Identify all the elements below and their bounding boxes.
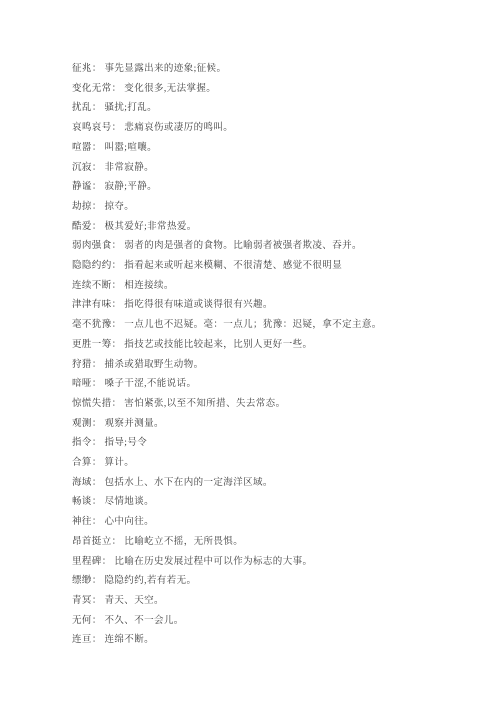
entry-term: 津津有味 [72, 300, 112, 310]
entry-term: 酷爱 [72, 222, 92, 232]
entry-term: 神往 [72, 517, 92, 527]
glossary-entry: 海域： 包括水上、水下在内的一定海洋区域。 [72, 474, 472, 494]
entry-term: 海域 [72, 478, 92, 488]
entry-term: 合算 [72, 458, 92, 468]
glossary-entry: 变化无常： 变化很多,无法掌握。 [72, 80, 472, 100]
entry-term: 征兆 [72, 64, 92, 74]
entry-colon: ： [112, 123, 125, 133]
glossary-entry: 隐隐约约： 指看起来或听起来模糊、不很清楚、感觉不很明显 [72, 257, 472, 277]
entry-colon: ： [112, 537, 125, 547]
entry-colon: ： [92, 202, 105, 212]
glossary-list: 征兆： 事先显露出来的迹象;征候。变化无常： 变化很多,无法掌握。扰乱： 骚扰;… [72, 60, 472, 651]
entry-term: 隐隐约约 [72, 261, 112, 271]
entry-term: 连续不断 [72, 281, 112, 291]
entry-term: 哀鸣哀号 [72, 123, 112, 133]
entry-colon: ： [92, 596, 105, 606]
glossary-entry: 喧嚣： 叫嚣;喧嚷。 [72, 139, 472, 159]
entry-term: 观测 [72, 419, 92, 429]
entry-colon: ： [92, 635, 105, 645]
entry-colon: ： [92, 163, 105, 173]
glossary-entry: 连亘： 连绵不断。 [72, 631, 472, 651]
glossary-entry: 酷爱： 极其爱好;非常热爱。 [72, 218, 472, 238]
entry-colon: ： [92, 438, 105, 448]
entry-term: 畅谈 [72, 497, 92, 507]
entry-definition: 弱者的肉是强者的食物。比喻弱者被强者欺凌、吞并。 [124, 241, 362, 251]
entry-colon: ： [92, 103, 105, 113]
glossary-entry: 狩猎： 捕杀或猎取野生动物。 [72, 356, 472, 376]
glossary-entry: 喑哑： 嗓子干涩,不能说话。 [72, 375, 472, 395]
glossary-entry: 惊慌失措： 害怕紧张,以至不知所措、失去常态。 [72, 395, 472, 415]
entry-definition: 指看起来或听起来模糊、不很清楚、感觉不很明显 [124, 261, 342, 271]
entry-colon: ： [112, 340, 125, 350]
glossary-entry: 哀鸣哀号： 悲痛哀伤或凄厉的鸣叫。 [72, 119, 472, 139]
glossary-entry: 昂首挺立： 比喻屹立不摇，无所畏惧。 [72, 533, 472, 553]
entry-definition: 非常寂静。 [105, 163, 155, 173]
entry-definition: 变化很多,无法掌握。 [124, 84, 216, 94]
entry-term: 狩猎 [72, 360, 92, 370]
glossary-entry: 青冥： 青天、天空。 [72, 592, 472, 612]
entry-definition: 一点儿也不迟疑。毫：一点儿；犹豫：迟疑，拿不定主意。 [124, 320, 381, 330]
glossary-entry: 毫不犹豫： 一点儿也不迟疑。毫：一点儿；犹豫：迟疑，拿不定主意。 [72, 316, 472, 336]
entry-term: 惊慌失措 [72, 399, 112, 409]
entry-definition: 尽情地谈。 [105, 497, 155, 507]
glossary-entry: 沉寂： 非常寂静。 [72, 159, 472, 179]
entry-colon: ： [92, 222, 105, 232]
entry-term: 沉寂 [72, 163, 92, 173]
entry-colon: ： [92, 616, 105, 626]
entry-colon: ： [112, 84, 125, 94]
entry-definition: 比喻屹立不摇，无所畏惧。 [124, 537, 243, 547]
glossary-entry: 静谧： 寂静;平静。 [72, 178, 472, 198]
entry-definition: 极其爱好;非常热爱。 [105, 222, 197, 232]
entry-term: 无何 [72, 616, 92, 626]
glossary-entry: 弱肉强食： 弱者的肉是强者的食物。比喻弱者被强者欺凌、吞并。 [72, 237, 472, 257]
entry-colon: ： [92, 64, 105, 74]
entry-definition: 连绵不断。 [105, 635, 155, 645]
entry-term: 喑哑 [72, 379, 92, 389]
glossary-entry: 合算： 算计。 [72, 454, 472, 474]
entry-term: 劫掠 [72, 202, 92, 212]
entry-definition: 包括水上、水下在内的一定海洋区域。 [105, 478, 273, 488]
entry-term: 里程碑 [72, 557, 102, 567]
entry-colon: ： [92, 419, 105, 429]
entry-colon: ： [92, 360, 105, 370]
entry-definition: 指吃得很有味道或谈得很有兴趣。 [124, 300, 273, 310]
entry-colon: ： [92, 576, 105, 586]
entry-term: 更胜一筹 [72, 340, 112, 350]
entry-colon: ： [112, 241, 125, 251]
entry-definition: 捕杀或猎取野生动物。 [105, 360, 204, 370]
entry-definition: 隐隐约约,若有若无。 [105, 576, 197, 586]
entry-colon: ： [112, 281, 125, 291]
glossary-entry: 神往： 心中向往。 [72, 513, 472, 533]
entry-colon: ： [112, 320, 125, 330]
entry-definition: 叫嚣;喧嚷。 [105, 143, 158, 153]
entry-definition: 算计。 [105, 458, 135, 468]
entry-term: 弱肉强食 [72, 241, 112, 251]
entry-term: 青冥 [72, 596, 92, 606]
glossary-entry: 连续不断： 相连接续。 [72, 277, 472, 297]
entry-definition: 不久、不一会儿。 [105, 616, 184, 626]
entry-term: 指令 [72, 438, 92, 448]
entry-term: 静谧 [72, 182, 92, 192]
entry-definition: 观察并测量。 [105, 419, 164, 429]
entry-colon: ： [92, 182, 105, 192]
document-page: 征兆： 事先显露出来的迹象;征候。变化无常： 变化很多,无法掌握。扰乱： 骚扰;… [0, 0, 500, 707]
entry-definition: 指技艺或技能比较起来，比别人更好一些。 [124, 340, 312, 350]
entry-definition: 比喻在历史发展过程中可以作为标志的大事。 [114, 557, 312, 567]
entry-term: 扰乱 [72, 103, 92, 113]
entry-term: 毫不犹豫 [72, 320, 112, 330]
entry-definition: 心中向往。 [105, 517, 155, 527]
entry-colon: ： [92, 379, 105, 389]
entry-term: 昂首挺立 [72, 537, 112, 547]
entry-definition: 嗓子干涩,不能说话。 [105, 379, 197, 389]
entry-term: 变化无常 [72, 84, 112, 94]
entry-colon: ： [112, 300, 125, 310]
entry-colon: ： [92, 497, 105, 507]
glossary-entry: 缥缈： 隐隐约约,若有若无。 [72, 572, 472, 592]
entry-definition: 寂静;平静。 [105, 182, 158, 192]
glossary-entry: 征兆： 事先显露出来的迹象;征候。 [72, 60, 472, 80]
entry-definition: 骚扰;打乱。 [105, 103, 158, 113]
glossary-entry: 观测： 观察并测量。 [72, 415, 472, 435]
glossary-entry: 畅谈： 尽情地谈。 [72, 493, 472, 513]
glossary-entry: 指令： 指导;号令 [72, 434, 472, 454]
entry-definition: 指导;号令 [105, 438, 148, 448]
entry-term: 连亘 [72, 635, 92, 645]
glossary-entry: 无何： 不久、不一会儿。 [72, 612, 472, 632]
glossary-entry: 里程碑： 比喻在历史发展过程中可以作为标志的大事。 [72, 553, 472, 573]
entry-definition: 相连接续。 [124, 281, 174, 291]
entry-term: 缥缈 [72, 576, 92, 586]
glossary-entry: 津津有味： 指吃得很有味道或谈得很有兴趣。 [72, 296, 472, 316]
entry-colon: ： [112, 399, 125, 409]
entry-colon: ： [92, 478, 105, 488]
entry-colon: ： [92, 143, 105, 153]
entry-definition: 悲痛哀伤或凄厉的鸣叫。 [124, 123, 233, 133]
entry-definition: 掠夺。 [105, 202, 135, 212]
glossary-entry: 扰乱： 骚扰;打乱。 [72, 99, 472, 119]
glossary-entry: 劫掠： 掠夺。 [72, 198, 472, 218]
entry-definition: 青天、天空。 [105, 596, 164, 606]
entry-definition: 害怕紧张,以至不知所措、失去常态。 [124, 399, 285, 409]
entry-term: 喧嚣 [72, 143, 92, 153]
entry-colon: ： [92, 458, 105, 468]
entry-colon: ： [112, 261, 125, 271]
entry-colon: ： [102, 557, 115, 567]
entry-definition: 事先显露出来的迹象;征候。 [105, 64, 227, 74]
glossary-entry: 更胜一筹： 指技艺或技能比较起来，比别人更好一些。 [72, 336, 472, 356]
entry-colon: ： [92, 517, 105, 527]
